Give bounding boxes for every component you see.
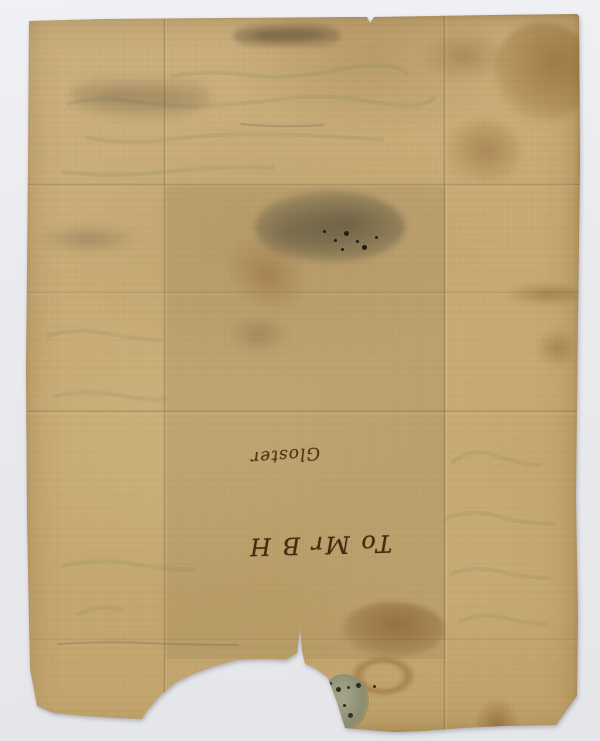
letter-paper-wrapper: To Mr B H Gloster [0, 0, 600, 741]
letter-verso-paper: To Mr B H Gloster [23, 14, 580, 733]
bleedthrough-writing [23, 14, 580, 733]
inscription-addressee: To Mr B H [225, 529, 416, 562]
scanner-background: To Mr B H Gloster [0, 0, 600, 741]
